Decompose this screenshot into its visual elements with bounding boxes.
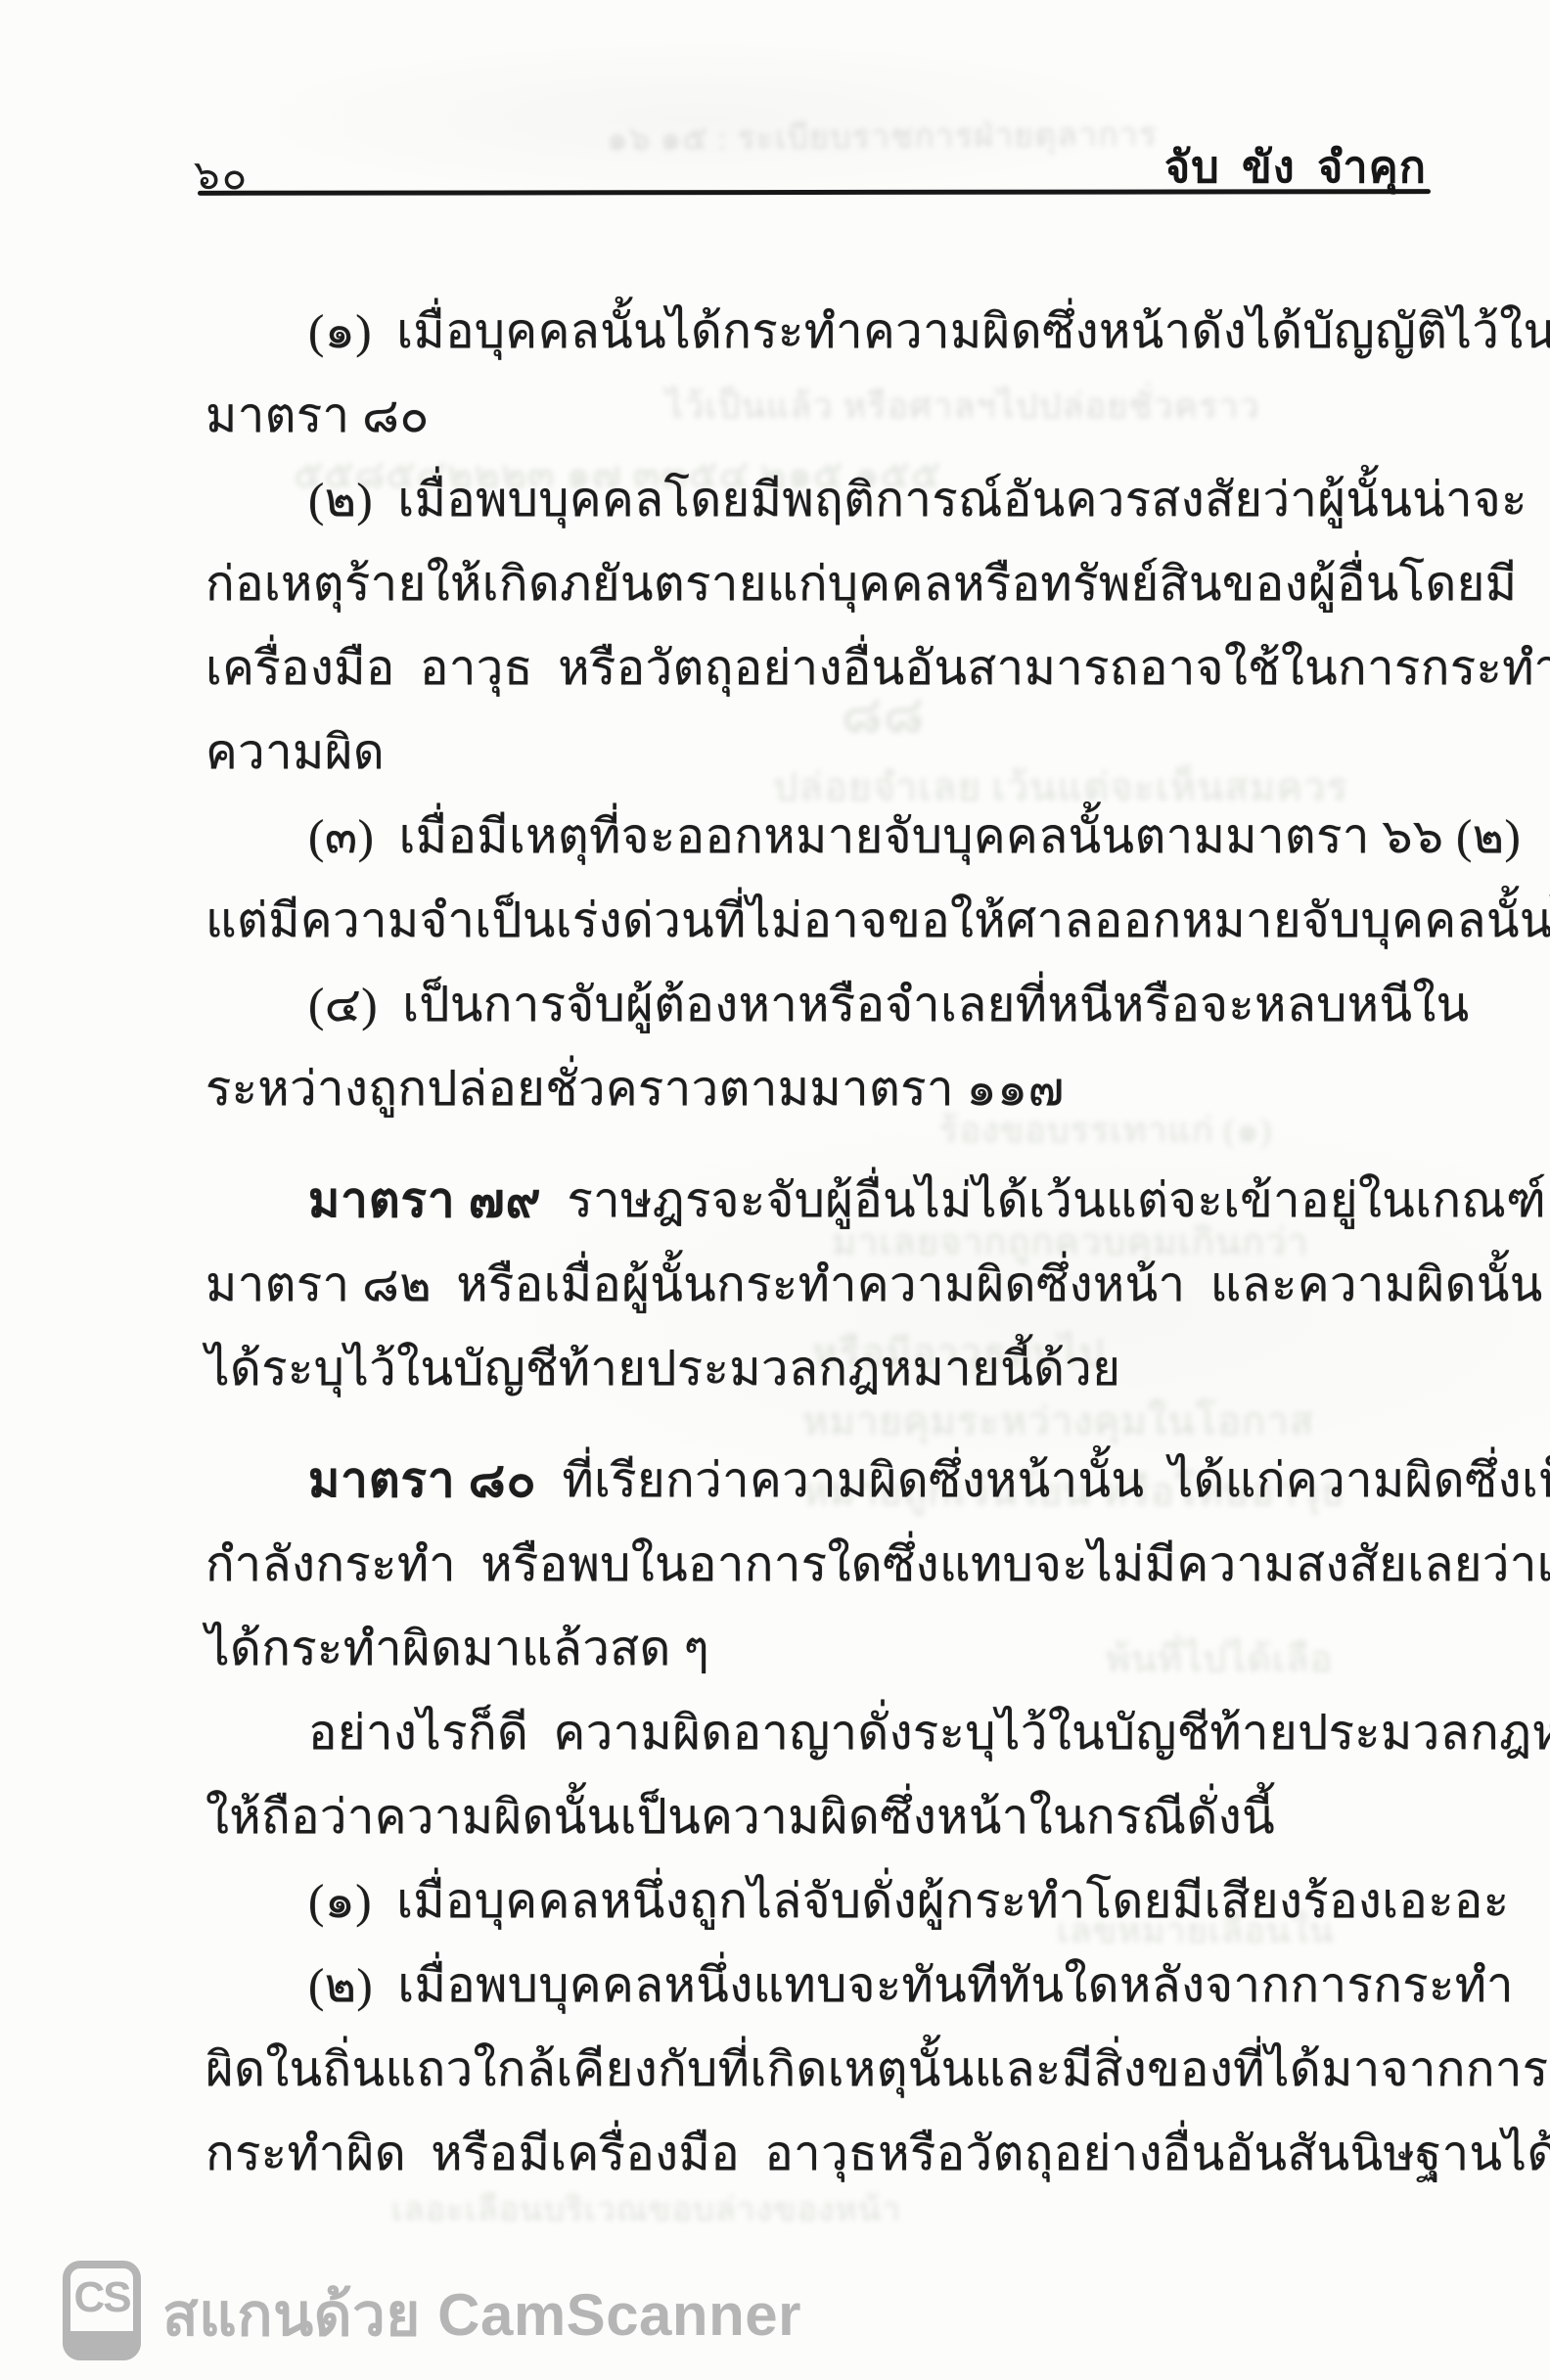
- text-line: มาตรา ๘๐: [205, 374, 1435, 458]
- text-line: ให้ถือว่าความผิดนั้นเป็นความผิดซึ่งหน้าใ…: [205, 1775, 1435, 1859]
- text-line: (๓) เมื่อมีเหตุที่จะออกหมายจับบุคคลนั้นต…: [205, 795, 1435, 879]
- text-line: ผิดในถิ่นแถวใกล้เคียงกับที่เกิดเหตุนั้นแ…: [205, 2028, 1435, 2112]
- document-body: (๑) เมื่อบุคคลนั้นได้กระทำความผิดซึ่งหน้…: [205, 290, 1435, 2196]
- text-line: ระหว่างถูกปล่อยชั่วคราวตามมาตรา ๑๑๗: [205, 1047, 1435, 1131]
- page-number: ๖๐: [194, 143, 249, 207]
- section-number: มาตรา ๗๙: [308, 1173, 541, 1227]
- text-line: (๑) เมื่อบุคคลนั้นได้กระทำความผิดซึ่งหน้…: [205, 290, 1435, 374]
- text-line: กำลังกระทำ หรือพบในอาการใดซึ่งแทบจะไม่มี…: [205, 1523, 1435, 1607]
- text-line: กระทำผิด หรือมีเครื่องมือ อาวุธหรือวัตถุ…: [205, 2112, 1435, 2196]
- text-line: (๑) เมื่อบุคคลหนึ่งถูกไล่จับดั่งผู้กระทำ…: [205, 1859, 1435, 1944]
- text-line: (๒) เมื่อพบบุคคลโดยมีพฤติการณ์อันควรสงสั…: [205, 458, 1435, 542]
- text-line: ได้ระบุไว้ในบัญชีท้ายประมวลกฎหมายนี้ด้วย: [205, 1327, 1435, 1411]
- scanned-page: ๖๐ จับ ขัง จำคุก ๑๖ ๑๕ : ระเบียบราชการฝ่…: [0, 0, 1550, 2380]
- text-line: (๒) เมื่อพบบุคคลหนึ่งแทบจะทันทีทันใดหลัง…: [205, 1944, 1435, 2028]
- text-line: แต่มีความจำเป็นเร่งด่วนที่ไม่อาจขอให้ศาล…: [205, 879, 1435, 963]
- text-line: เครื่องมือ อาวุธ หรือวัตถุอย่างอื่นอันสา…: [205, 626, 1435, 710]
- text-line: ก่อเหตุร้ายให้เกิดภยันตรายแก่บุคคลหรือทร…: [205, 542, 1435, 626]
- text-line: ความผิด: [205, 710, 1435, 795]
- camscanner-logo-icon: CS: [63, 2261, 141, 2360]
- text-line: (๔) เป็นการจับผู้ต้องหาหรือจำเลยที่หนีหร…: [205, 963, 1435, 1047]
- camscanner-logo-letters: CS: [73, 2268, 129, 2327]
- camscanner-watermark: CS สแกนด้วย CamScanner: [0, 2247, 1550, 2380]
- text-line: มาตรา ๘๒ หรือเมื่อผู้นั้นกระทำความผิดซึ่…: [205, 1243, 1435, 1327]
- camscanner-logo-band: [63, 2331, 141, 2360]
- bleedthrough-text: ๑๖ ๑๕ : ระเบียบราชการฝ่ายตุลาการ: [607, 108, 1158, 165]
- text-line: อย่างไรก็ดี ความผิดอาญาดั่งระบุไว้ในบัญช…: [205, 1691, 1435, 1775]
- text-line: มาตรา ๗๙ราษฎรจะจับผู้อื่นไม่ได้เว้นแต่จะ…: [205, 1159, 1435, 1243]
- section-number: มาตรา ๘๐: [308, 1453, 536, 1507]
- text-line: มาตรา ๘๐ที่เรียกว่าความผิดซึ่งหน้านั้น ไ…: [205, 1439, 1435, 1523]
- watermark-text: สแกนด้วย CamScanner: [162, 2268, 801, 2361]
- text-line: ได้กระทำผิดมาแล้วสด ๆ: [205, 1607, 1435, 1691]
